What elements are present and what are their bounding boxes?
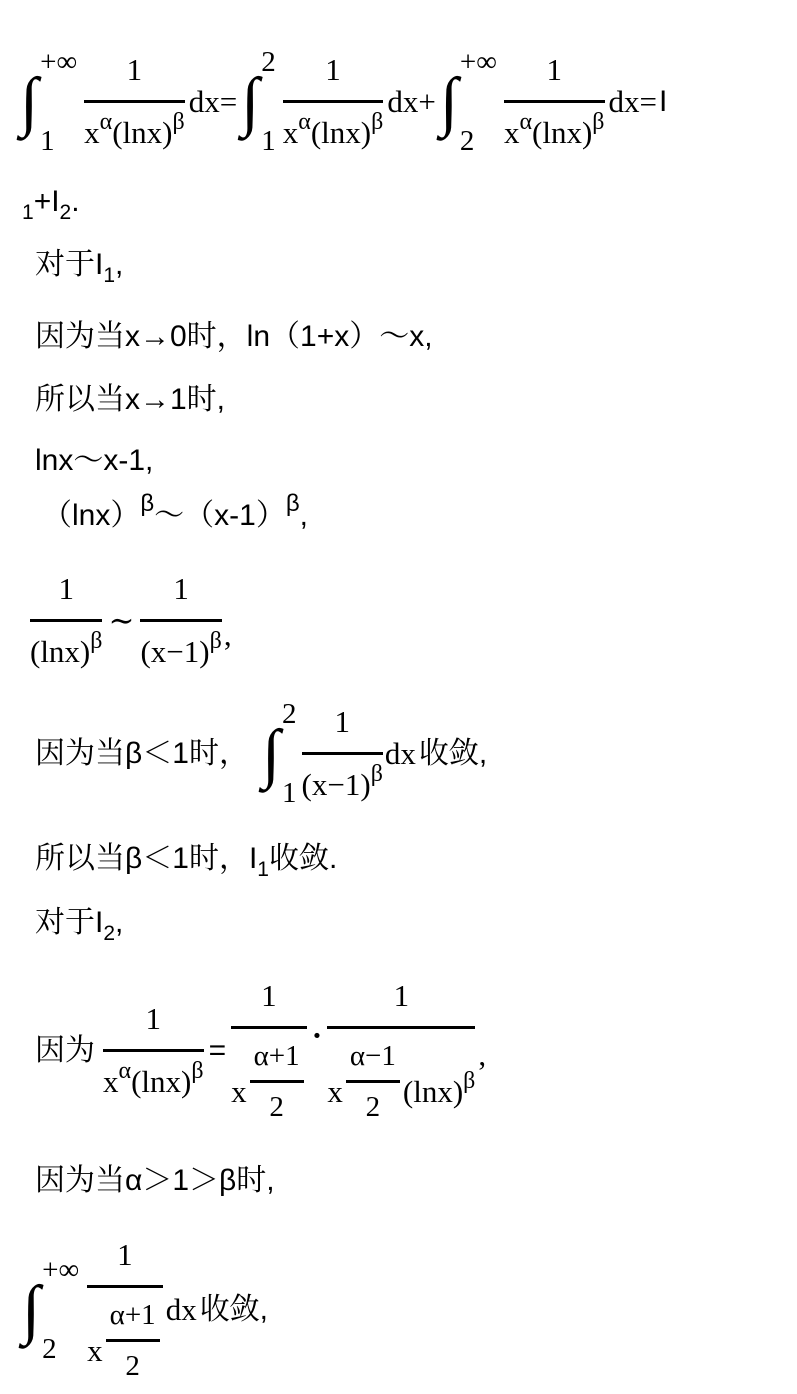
fraction-1-over-lnx-beta: 1 (lnx)β — [30, 571, 102, 672]
integral-upper-limit: +∞ — [42, 1256, 79, 1285]
integral-upper-limit: 2 — [282, 700, 297, 729]
fraction-denominator: (lnx)β — [30, 619, 102, 672]
dx-equals: dx= — [609, 84, 657, 120]
fraction-denominator: xα(lnx)β — [103, 1049, 204, 1102]
fraction-numerator: 1 — [30, 571, 102, 619]
because-alpha-text: 因为当α＞1＞β时, — [35, 1164, 275, 1197]
for-I1-text: 对于I — [35, 248, 103, 281]
integral-lower-limit: 2 — [460, 127, 497, 156]
fraction-equivalence-line: 1 (lnx)β ∼ 1 (x−1)β , — [30, 560, 232, 682]
exponent-fraction: α−12 — [346, 1039, 400, 1124]
integral-1-to-2: ∫ 2 1 — [262, 700, 297, 808]
exponent-alpha: α — [100, 109, 113, 135]
exponent-beta: β — [90, 628, 102, 654]
subscript-1: 1 — [103, 264, 115, 287]
for-I2-line: 对于I2, — [35, 904, 123, 942]
fraction-numerator: 1 — [283, 52, 384, 100]
fraction-denominator: x α−12 (lnx)β — [327, 1026, 475, 1124]
subscript-1: 1 — [22, 201, 34, 224]
base-x: x — [231, 1072, 247, 1112]
exponent-beta: β — [371, 109, 383, 135]
fraction-numerator: 1 — [84, 52, 185, 100]
because-split-line: 因为 1 xα(lnx)β = 1 x α+12 · 1 x α−12 (lnx… — [35, 970, 486, 1132]
because-text: 因为 — [35, 1032, 95, 1070]
because-beta-line: 因为当β＜1时， ∫ 2 1 1 (x−1)β dx 收敛, — [35, 690, 487, 818]
multiplication-dot: · — [312, 1017, 323, 1054]
exponent-beta: β — [463, 1068, 475, 1094]
fraction-numerator: 1 — [327, 978, 475, 1026]
because-x-to-0-line: 因为当x→0时，ln（1+x）～x, — [35, 318, 433, 356]
fraction-numerator: 1 — [504, 52, 605, 100]
result-I: I — [659, 83, 667, 121]
exponent-fraction: α+12 — [106, 1298, 160, 1383]
lnx-paren: （lnx） — [42, 499, 140, 532]
subscript-1: 1 — [257, 858, 269, 881]
fraction-numerator: 1 — [87, 1237, 163, 1285]
exponent-alpha: α — [519, 109, 532, 135]
exponent-fraction: α+12 — [250, 1039, 304, 1124]
integral-2-to-infinity: ∫ +∞ 2 — [22, 1256, 79, 1364]
integral-1-to-infinity: ∫ +∞ 1 — [20, 48, 77, 156]
equation-continuation: 1+I2. — [22, 183, 80, 221]
integral-upper-limit: +∞ — [40, 48, 77, 77]
document-page: ∫ +∞ 1 1 xα(lnx)β dx= ∫ 2 1 1 xα(lnx)β d… — [0, 0, 797, 1394]
because-alpha-line: 因为当α＞1＞β时, — [35, 1162, 275, 1200]
period: . — [71, 185, 79, 218]
for-I2-text: 对于I — [35, 906, 103, 939]
fraction-1-over-x-minus-1-beta: 1 (x−1)β — [302, 704, 383, 805]
subscript-2: 2 — [60, 201, 72, 224]
lnx-beta-equivalent-line: （lnx）β～（x-1）β, — [42, 497, 308, 535]
fraction-1-over-xalpha-lnxbeta: 1 xα(lnx)β — [504, 52, 605, 153]
fraction-1-over-x-minus-1-beta: 1 (x−1)β — [140, 571, 221, 672]
integral-sign: ∫ — [22, 1279, 40, 1342]
converges-text: 收敛. — [269, 842, 337, 875]
exponent-denominator: 2 — [106, 1339, 160, 1383]
equals-sign: = — [209, 1032, 227, 1070]
dx-plus: dx+ — [387, 84, 435, 120]
plus-I: +I — [34, 185, 60, 218]
dx: dx — [166, 1292, 197, 1328]
fraction-numerator: 1 — [103, 1001, 204, 1049]
integral-sign: ∫ — [440, 71, 458, 134]
because-x-to-0-text: 因为当x→0时，ln（1+x）～x, — [35, 320, 433, 353]
exponent-beta: β — [140, 490, 154, 517]
fraction-numerator: 1 — [231, 978, 307, 1026]
fraction-1-over-xalpha-lnxbeta: 1 xα(lnx)β — [84, 52, 185, 153]
exponent-numerator: α+1 — [250, 1039, 304, 1080]
exponent-beta: β — [172, 109, 184, 135]
converges-text: 收敛, — [200, 1291, 268, 1329]
so-x-to-1-line: 所以当x→1时, — [35, 381, 225, 419]
integral-lower-limit: 1 — [40, 127, 77, 156]
fraction-denominator: xα(lnx)β — [504, 100, 605, 153]
integral-1-to-2: ∫ 2 1 — [241, 48, 276, 156]
integral-sign: ∫ — [20, 71, 38, 134]
comma: , — [115, 906, 123, 939]
so-x-to-1-text: 所以当x→1时, — [35, 383, 225, 416]
comma: , — [224, 617, 232, 653]
tilde: ～ — [154, 499, 184, 532]
base-x: x — [327, 1072, 343, 1112]
tilde: ∼ — [108, 603, 134, 639]
exponent-beta: β — [592, 109, 604, 135]
dx: dx — [385, 736, 416, 772]
final-integral-line: ∫ +∞ 2 1 x α+12 dx 收敛, — [22, 1226, 268, 1394]
fraction-denominator: xα(lnx)β — [283, 100, 384, 153]
fraction-numerator: 1 — [302, 704, 383, 752]
exponent-beta: β — [286, 490, 300, 517]
integral-2-to-infinity: ∫ +∞ 2 — [440, 48, 497, 156]
fraction-1-over-xalpha-lnxbeta: 1 xα(lnx)β — [283, 52, 384, 153]
exponent-denominator: 2 — [346, 1080, 400, 1124]
fraction-1-over-x-alpha-minus-1-half-lnxbeta: 1 x α−12 (lnx)β — [327, 978, 475, 1124]
lnx-equivalent-line: lnx～x-1, — [35, 442, 153, 480]
integral-upper-limit: 2 — [261, 48, 276, 77]
fraction-denominator: x α+12 — [231, 1026, 307, 1124]
integral-lower-limit: 2 — [42, 1335, 79, 1364]
fraction-numerator: 1 — [140, 571, 221, 619]
exponent-beta: β — [371, 761, 383, 787]
lnx-beta-factor: (lnx)β — [403, 1072, 475, 1112]
comma: , — [300, 499, 308, 532]
converges-text: 收敛, — [419, 735, 487, 773]
integral-lower-limit: 1 — [261, 127, 276, 156]
fraction-denominator: (x−1)β — [302, 752, 383, 805]
integral-sign: ∫ — [241, 71, 259, 134]
so-beta-line: 所以当β＜1时，I1收敛. — [35, 840, 337, 878]
fraction-1-over-x-alpha-plus-1-half: 1 x α+12 — [231, 978, 307, 1124]
equation-main: ∫ +∞ 1 1 xα(lnx)β dx= ∫ 2 1 1 xα(lnx)β d… — [20, 42, 667, 162]
exponent-alpha: α — [298, 109, 311, 135]
fraction-denominator: xα(lnx)β — [84, 100, 185, 153]
comma: , — [478, 1037, 486, 1073]
because-beta-text: 因为当β＜1时， — [35, 735, 249, 773]
subscript-2: 2 — [103, 922, 115, 945]
so-beta-text: 所以当β＜1时，I — [35, 842, 257, 875]
fraction-denominator: (x−1)β — [140, 619, 221, 672]
exponent-denominator: 2 — [250, 1080, 304, 1124]
exponent-numerator: α+1 — [106, 1298, 160, 1339]
comma: , — [115, 248, 123, 281]
fraction-1-over-xalpha-lnxbeta: 1 xα(lnx)β — [103, 1001, 204, 1102]
integral-lower-limit: 1 — [282, 779, 297, 808]
integral-upper-limit: +∞ — [460, 48, 497, 77]
exponent-numerator: α−1 — [346, 1039, 400, 1080]
for-I1-line: 对于I1, — [35, 246, 123, 284]
fraction-denominator: x α+12 — [87, 1285, 163, 1383]
lnx-equivalent-text: lnx～x-1, — [35, 444, 153, 477]
exponent-beta: β — [210, 628, 222, 654]
base-x: x — [87, 1331, 103, 1371]
exponent-beta: β — [191, 1058, 203, 1084]
exponent-alpha: α — [119, 1058, 132, 1084]
dx-equals: dx= — [189, 84, 237, 120]
x-minus-1-paren: （x-1） — [184, 499, 286, 532]
fraction-1-over-x-alpha-plus-1-half: 1 x α+12 — [87, 1237, 163, 1383]
integral-sign: ∫ — [262, 723, 280, 786]
